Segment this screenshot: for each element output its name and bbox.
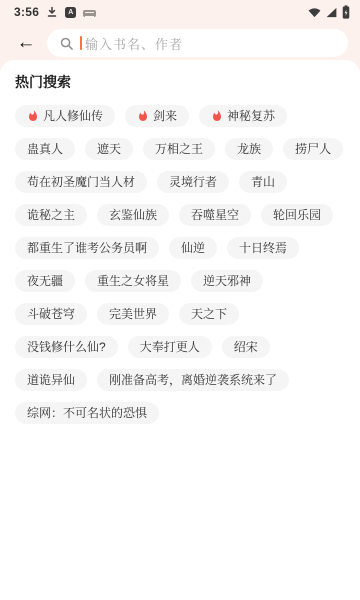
hot-search-tag[interactable]: 重生之女将星 — [85, 270, 181, 292]
hot-search-tag-label: 综网：不可名状的恐惧 — [27, 406, 147, 420]
hot-search-tag-label: 凡人修仙传 — [43, 109, 103, 123]
clock: 3:56 — [14, 5, 39, 19]
hot-search-tag-label: 青山 — [251, 175, 275, 189]
hot-search-tag-label: 大奉打更人 — [140, 340, 200, 354]
hot-search-tag-label: 斗破苍穹 — [27, 307, 75, 321]
download-icon — [46, 6, 58, 18]
hot-search-tag[interactable]: 诡秘之主 — [15, 204, 87, 226]
flame-icon — [211, 110, 223, 122]
flame-icon — [137, 110, 149, 122]
hot-search-tag[interactable]: 夜无疆 — [15, 270, 75, 292]
hot-search-tag[interactable]: 天之下 — [179, 303, 239, 325]
hot-search-tag-label: 灵境行者 — [169, 175, 217, 189]
hot-search-tag-label: 神秘复苏 — [227, 109, 275, 123]
hot-search-tag[interactable]: 轮回乐园 — [261, 204, 333, 226]
hot-search-tag[interactable]: 综网：不可名状的恐惧 — [15, 402, 159, 424]
hot-search-tag[interactable]: 逆天邪神 — [191, 270, 263, 292]
hot-search-tag[interactable]: 玄鉴仙族 — [97, 204, 169, 226]
hot-search-tag-label: 没钱修什么仙? — [27, 340, 106, 354]
status-bar: 3:56 A — [0, 0, 360, 24]
hot-search-tag[interactable]: 十日终焉 — [227, 237, 299, 259]
flame-icon — [27, 110, 39, 122]
hot-search-tag-label: 绍宋 — [234, 340, 258, 354]
battery-icon — [342, 5, 350, 19]
hot-search-tag-label: 剑来 — [153, 109, 177, 123]
hot-search-tag[interactable]: 绍宋 — [222, 336, 270, 358]
hot-search-tag-label: 都重生了谁考公务员啊 — [27, 241, 147, 255]
hot-search-tag-label: 十日终焉 — [239, 241, 287, 255]
hot-search-tag-label: 重生之女将星 — [97, 274, 169, 288]
usb-connection-icon — [83, 9, 96, 16]
hot-search-tag[interactable]: 灵境行者 — [157, 171, 229, 193]
hot-search-tag[interactable]: 斗破苍穹 — [15, 303, 87, 325]
hot-search-tag[interactable]: 都重生了谁考公务员啊 — [15, 237, 159, 259]
search-header: ← 输入书名、作者 — [0, 24, 360, 62]
hot-search-tag-label: 逆天邪神 — [203, 274, 251, 288]
hot-search-tag-label: 刚准备高考，离婚逆袭系统来了 — [109, 373, 277, 387]
a-badge-icon: A — [65, 7, 76, 18]
hot-search-tag[interactable]: 蛊真人 — [15, 138, 75, 160]
hot-search-tag-label: 吞噬星空 — [191, 208, 239, 222]
hot-search-tag-label: 轮回乐园 — [273, 208, 321, 222]
search-icon — [59, 36, 74, 51]
hot-search-tag[interactable]: 吞噬星空 — [179, 204, 251, 226]
hot-search-tag[interactable]: 凡人修仙传 — [15, 105, 115, 127]
hot-search-tag[interactable]: 大奉打更人 — [128, 336, 212, 358]
hot-search-tag[interactable]: 苟在初圣魔门当人材 — [15, 171, 147, 193]
hot-search-tag-label: 玄鉴仙族 — [109, 208, 157, 222]
hot-search-tag-label: 天之下 — [191, 307, 227, 321]
hot-search-tag-label: 龙族 — [237, 142, 261, 156]
hot-search-tag[interactable]: 仙逆 — [169, 237, 217, 259]
hot-search-tag[interactable]: 遮天 — [85, 138, 133, 160]
hot-search-tag[interactable]: 道诡异仙 — [15, 369, 87, 391]
hot-search-tag-label: 仙逆 — [181, 241, 205, 255]
hot-search-tag[interactable]: 剑来 — [125, 105, 189, 127]
search-input[interactable]: 输入书名、作者 — [47, 29, 348, 57]
hot-search-tag-label: 诡秘之主 — [27, 208, 75, 222]
hot-search-title: 热门搜索 — [15, 72, 345, 92]
hot-search-tag[interactable]: 龙族 — [225, 138, 273, 160]
hot-search-tags: 凡人修仙传剑来神秘复苏蛊真人遮天万相之王龙族捞尸人苟在初圣魔门当人材灵境行者青山… — [15, 105, 345, 424]
search-placeholder: 输入书名、作者 — [85, 34, 183, 53]
wifi-icon — [308, 6, 321, 19]
hot-search-tag[interactable]: 刚准备高考，离婚逆袭系统来了 — [97, 369, 289, 391]
hot-search-tag[interactable]: 万相之王 — [143, 138, 215, 160]
hot-search-tag[interactable]: 没钱修什么仙? — [15, 336, 118, 358]
hot-search-tag-label: 蛊真人 — [27, 142, 63, 156]
hot-search-tag[interactable]: 青山 — [239, 171, 287, 193]
hot-search-tag-label: 苟在初圣魔门当人材 — [27, 175, 135, 189]
hot-search-tag-label: 捞尸人 — [295, 142, 331, 156]
hot-search-tag-label: 道诡异仙 — [27, 373, 75, 387]
text-cursor — [80, 36, 82, 50]
hot-search-tag-label: 遮天 — [97, 142, 121, 156]
hot-search-tag[interactable]: 神秘复苏 — [199, 105, 287, 127]
hot-search-tag-label: 万相之王 — [155, 142, 203, 156]
back-button[interactable]: ← — [12, 29, 40, 57]
signal-icon — [325, 6, 338, 19]
hot-search-tag-label: 完美世界 — [109, 307, 157, 321]
hot-search-tag[interactable]: 完美世界 — [97, 303, 169, 325]
hot-search-tag[interactable]: 捞尸人 — [283, 138, 343, 160]
hot-search-tag-label: 夜无疆 — [27, 274, 63, 288]
hot-search-panel: 热门搜索 凡人修仙传剑来神秘复苏蛊真人遮天万相之王龙族捞尸人苟在初圣魔门当人材灵… — [0, 60, 360, 600]
